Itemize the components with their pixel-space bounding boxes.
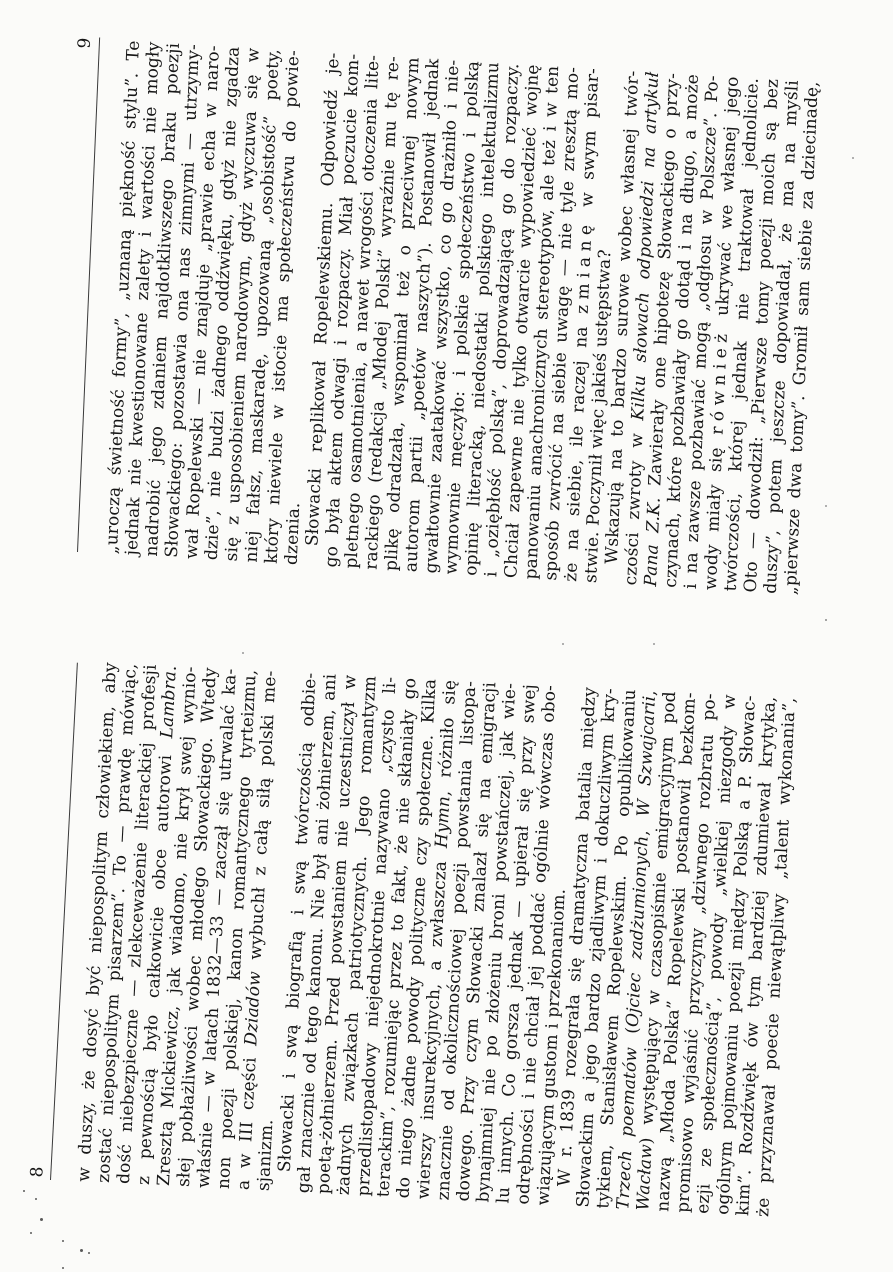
text-segment: .: [160, 665, 180, 672]
text-segment: (: [621, 1026, 642, 1047]
scan-speck: [653, 643, 655, 645]
scanned-book-spread: 8 w duszy, że dosyć być niepospolitym cz…: [0, 0, 893, 1272]
scan-speck: [562, 643, 564, 645]
scan-speck: [88, 1252, 90, 1254]
scan-speck: [23, 1190, 25, 1192]
scan-speck: [825, 619, 827, 621]
page-number: 9: [75, 37, 95, 49]
scan-speck: [30, 1232, 32, 1234]
header-rule: [77, 37, 100, 552]
text-segment: ,: [632, 816, 653, 836]
scan-speck: [242, 652, 244, 654]
page-number: 8: [27, 1166, 48, 1178]
scan-speck: [40, 1218, 43, 1221]
scan-speck: [35, 1198, 37, 1200]
italic-title: Dziadów: [241, 971, 265, 1046]
page-text: „uroczą świetność formy”, „uznaną piękno…: [102, 40, 823, 596]
scan-speck: [62, 1240, 64, 1242]
scan-speck: [80, 1249, 83, 1252]
scan-speck: [62, 1267, 64, 1269]
scan-speck: [825, 505, 827, 507]
page-right: 9 „uroczą świetność formy”, „uznaną pięk…: [77, 38, 838, 596]
page-text: w duszy, że dosyć być niepospolitym czło…: [74, 662, 800, 1217]
scan-speck: [852, 157, 854, 159]
page-left: 8 w duszy, że dosyć być niepospolitym cz…: [50, 661, 816, 1219]
text-segment: ,: [640, 690, 660, 697]
italic-title: Hymn: [431, 796, 454, 849]
header-rule: [50, 663, 78, 1180]
